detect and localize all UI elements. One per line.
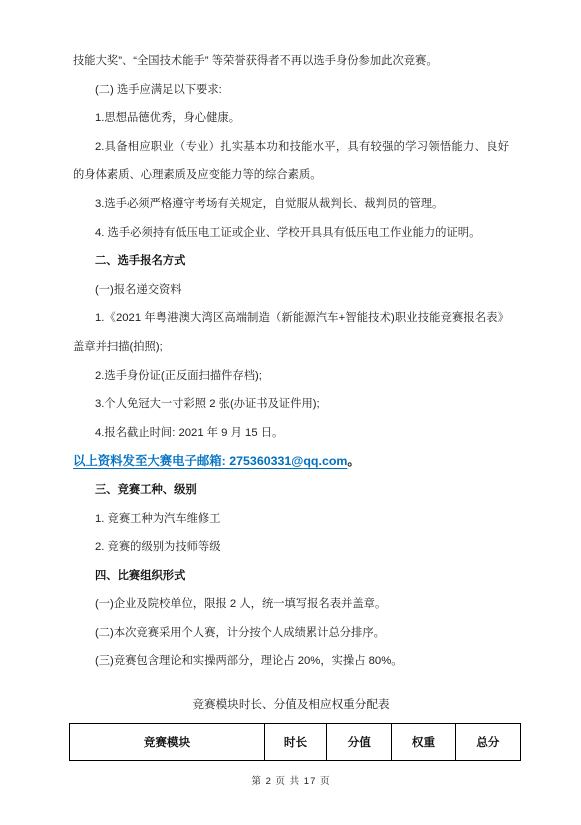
email-link[interactable]: 以上资料发至大赛电子邮箱: 275360331@qq.com bbox=[73, 454, 347, 468]
table-caption: 竞赛模块时长、分值及相应权重分配表 bbox=[73, 691, 509, 720]
trade-item-2: 2. 竞赛的级别为技师等级 bbox=[73, 533, 509, 562]
material-item-1: 1.《2021 年粤港澳大湾区高端制造（新能源汽车+智能技术)职业技能竞赛报名表… bbox=[73, 304, 509, 361]
score-weight-table: 竞赛模块 时长 分值 权重 总分 bbox=[69, 723, 521, 761]
requirement-item-2: 2.具备相应职业（专业）扎实基本功和技能水平，具有较强的学习领悟能力、良好的身体… bbox=[73, 133, 509, 190]
header-cell-duration: 时长 bbox=[264, 723, 326, 760]
document-content: 技能大奖”、“全国技术能手” 等荣誉获得者不再以选手身份参加此次竞赛。 (二) … bbox=[0, 0, 581, 787]
header-cell-total: 总分 bbox=[455, 723, 520, 760]
heading-section-3-trade-level: 三、竞赛工种、级别 bbox=[73, 476, 509, 505]
material-item-2: 2.选手身份证(正反面扫描件存档); bbox=[73, 362, 509, 391]
email-line-period: 。 bbox=[347, 454, 359, 468]
requirement-item-3: 3.选手必须严格遵守考场有关规定，自觉服从裁判长、裁判员的管理。 bbox=[73, 190, 509, 219]
organization-item-3: (三)竞赛包含理论和实操两部分，理论占 20%，实操占 80%。 bbox=[73, 647, 509, 676]
material-item-4-deadline: 4.报名截止时间: 2021 年 9 月 15 日。 bbox=[73, 419, 509, 448]
material-item-3: 3.个人免冠大一寸彩照 2 张(办证书及证件用); bbox=[73, 390, 509, 419]
email-submission-line: 以上资料发至大赛电子邮箱: 275360331@qq.com。 bbox=[73, 447, 509, 476]
header-cell-weight: 权重 bbox=[392, 723, 455, 760]
page-number-footer: 第 2 页 共 17 页 bbox=[73, 773, 509, 787]
trade-item-1: 1. 竞赛工种为汽车维修工 bbox=[73, 505, 509, 534]
paragraph-honor-exclusion: 技能大奖”、“全国技术能手” 等荣誉获得者不再以选手身份参加此次竞赛。 bbox=[73, 47, 509, 76]
organization-item-1: (一)企业及院校单位，限报 2 人，统一填写报名表并盖章。 bbox=[73, 590, 509, 619]
requirement-item-4: 4. 选手必须持有低压电工证或企业、学校开具具有低压电工作业能力的证明。 bbox=[73, 219, 509, 248]
organization-item-2: (二)本次竞赛采用个人赛，计分按个人成绩累计总分排序。 bbox=[73, 619, 509, 648]
heading-section-4-organization: 四、比赛组织形式 bbox=[73, 562, 509, 591]
requirement-item-1: 1.思想品德优秀，身心健康。 bbox=[73, 104, 509, 133]
subheading-player-requirements: (二) 选手应满足以下要求: bbox=[73, 76, 509, 105]
header-cell-score: 分值 bbox=[327, 723, 392, 760]
heading-section-2-registration: 二、选手报名方式 bbox=[73, 247, 509, 276]
document-page: 技能大奖”、“全国技术能手” 等荣誉获得者不再以选手身份参加此次竞赛。 (二) … bbox=[0, 0, 581, 825]
header-cell-module: 竞赛模块 bbox=[70, 723, 265, 760]
subheading-registration-materials: (一)报名递交资料 bbox=[73, 276, 509, 305]
table-header-row: 竞赛模块 时长 分值 权重 总分 bbox=[70, 723, 521, 760]
